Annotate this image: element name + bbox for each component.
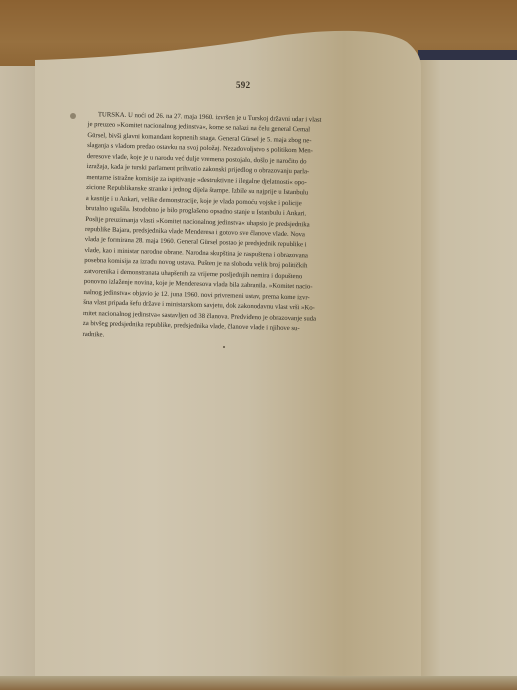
page-bottom-edge bbox=[0, 676, 517, 690]
page-number: 592 bbox=[236, 80, 250, 90]
underlying-page-left bbox=[0, 66, 40, 690]
page-spot-mark bbox=[70, 113, 76, 119]
article-paragraph: TURSKA. U noći od 26. na 27. maja 1960. … bbox=[82, 110, 424, 348]
underlying-page-right bbox=[415, 60, 517, 690]
ink-speck bbox=[223, 346, 225, 348]
